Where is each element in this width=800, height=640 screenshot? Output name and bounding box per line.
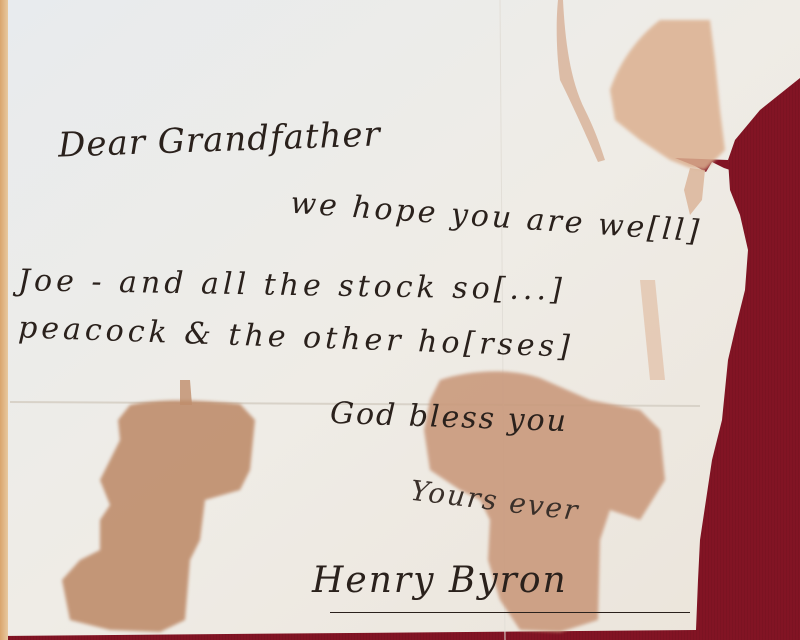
letter-signature: Henry Byron [312,560,568,601]
signature-underline [330,612,690,613]
letter-photograph: faint reverse-side writing Dear Grandfat… [0,0,800,640]
paper-edge-strip [0,0,8,640]
